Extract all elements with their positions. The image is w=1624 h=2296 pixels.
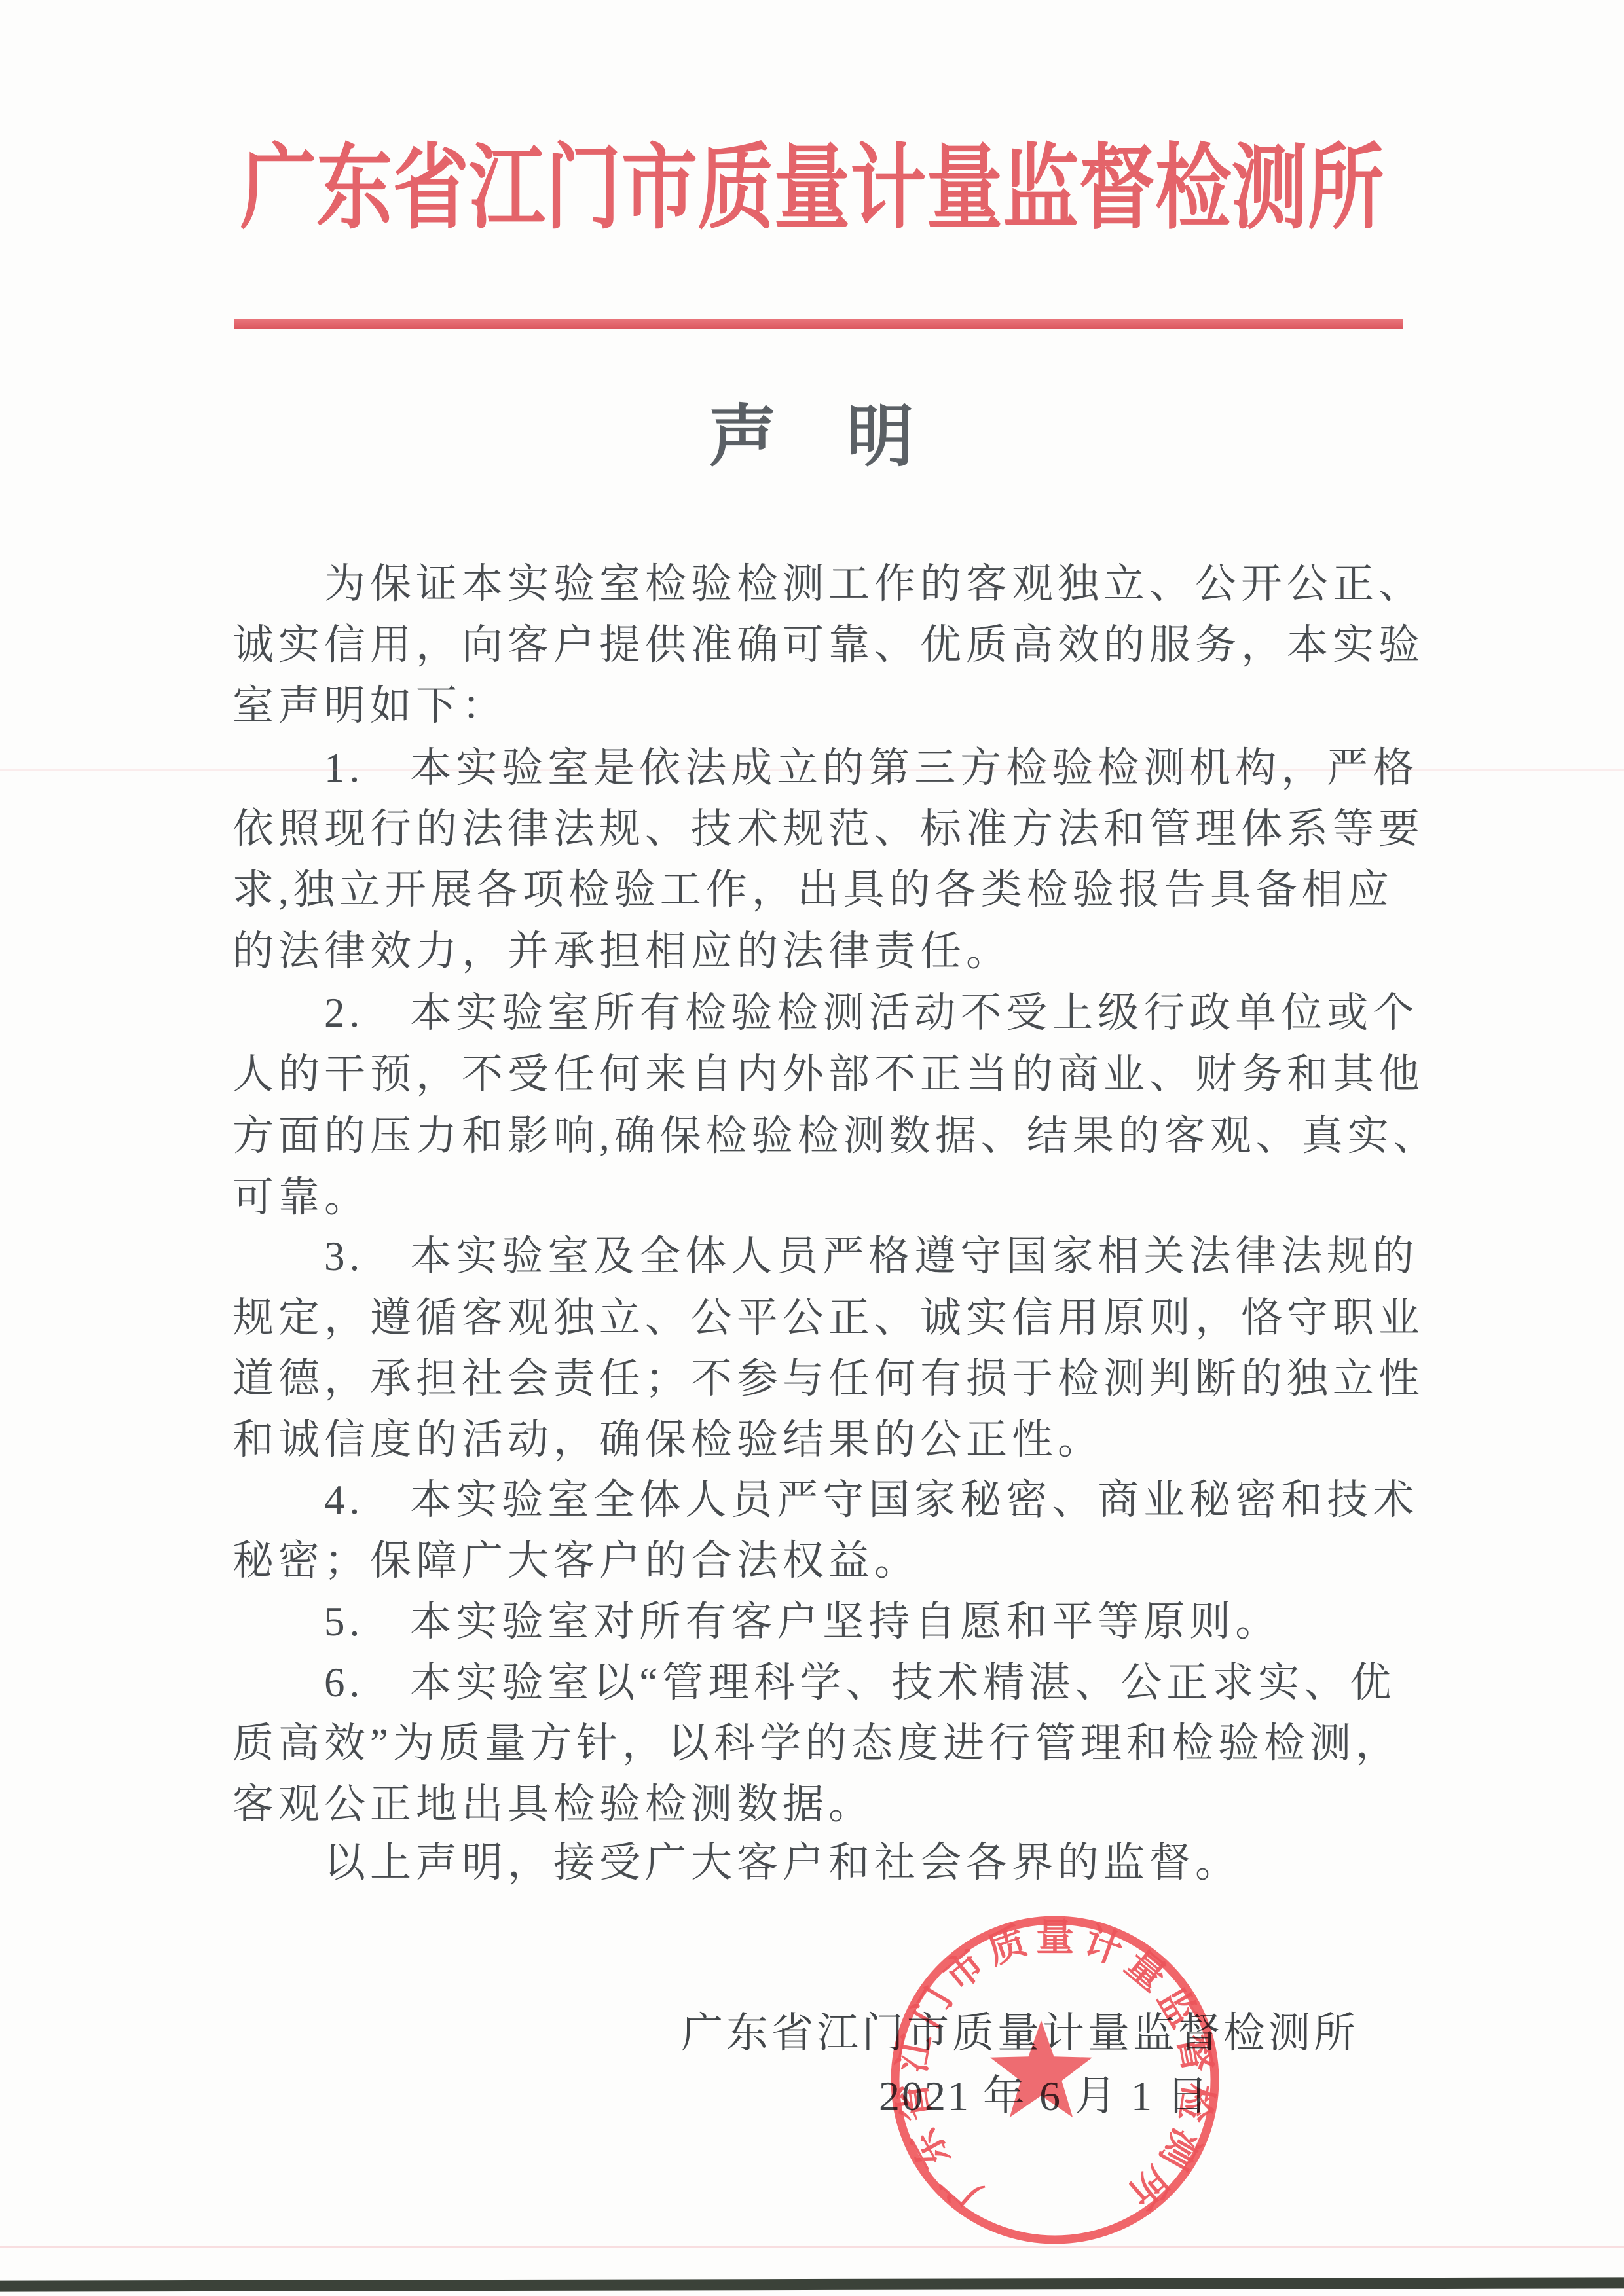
body-line-6: 求,独立开展各项检验工作，出具的各类检验报告具备相应	[232, 859, 1444, 920]
signature-org-name: 广东省江门市质量计量监督检测所	[681, 2010, 1359, 2057]
body-line-10: 方面的压力和影响,确保检验检测数据、结果的客观、真实、	[232, 1105, 1444, 1167]
body-line-4: 1. 本实验室是依法成立的第三方检验检测机构，严格	[232, 737, 1444, 799]
body-line-21: 客观公正地出具检验检测数据。	[232, 1774, 1444, 1835]
signature-date: 2021 年 6 月 1 日	[773, 2073, 1316, 2120]
body-line-22: 以上声明，接受广大客户和社会各界的监督。	[232, 1832, 1444, 1893]
letterhead-divider	[234, 319, 1403, 329]
body-line-19: 6. 本实验室以“管理科学、技术精湛、公正求实、优	[232, 1652, 1444, 1713]
body-line-17: 秘密；保障广大客户的合法权益。	[232, 1530, 1444, 1592]
body-line-5: 依照现行的法律法规、技术规范、标准方法和管理体系等要	[232, 798, 1444, 860]
body-line-12: 3. 本实验室及全体人员严格遵守国家相关法律法规的	[232, 1226, 1444, 1287]
body-line-3: 室声明如下：	[232, 675, 1444, 737]
scan-streak-line	[0, 769, 1624, 771]
body-line-9: 人的干预，不受任何来自内外部不正当的商业、财务和其他	[232, 1044, 1444, 1105]
body-line-13: 规定，遵循客观独立、公平公正、诚实信用原则，恪守职业	[232, 1287, 1444, 1349]
body-line-18: 5. 本实验室对所有客户坚持自愿和平等原则。	[232, 1591, 1444, 1652]
body-line-7: 的法律效力，并承担相应的法律责任。	[232, 920, 1444, 982]
scanned-document-page: 广东省江门市质量计量监督检测所 声 明 为保证本实验室检验检测工作的客观独立、公…	[0, 0, 1624, 2296]
body-line-1: 为保证本实验室检验检测工作的客观独立、公开公正、	[232, 553, 1444, 615]
letterhead-org-name: 广东省江门市质量计量监督检测所	[0, 139, 1624, 238]
page-title: 声 明	[0, 398, 1624, 477]
body-line-2: 诚实信用，向客户提供准确可靠、优质高效的服务，本实验	[232, 614, 1444, 676]
body-line-20: 质高效”为质量方针，以科学的态度进行管理和检验检测，	[232, 1713, 1444, 1774]
scan-edge-bar	[0, 2277, 1624, 2291]
body-line-14: 道德，承担社会责任；不参与任何有损于检测判断的独立性	[232, 1348, 1444, 1410]
body-line-16: 4. 本实验室全体人员严守国家秘密、商业秘密和技术	[232, 1469, 1444, 1531]
body-line-11: 可靠。	[232, 1167, 1444, 1228]
body-line-8: 2. 本实验室所有检验检测活动不受上级行政单位或个	[232, 982, 1444, 1044]
body-line-15: 和诚信度的活动，确保检验结果的公正性。	[232, 1409, 1444, 1470]
scan-streak-line	[0, 2246, 1624, 2248]
letterhead-org-name-text: 广东省江门市质量计量监督检测所	[240, 139, 1384, 238]
